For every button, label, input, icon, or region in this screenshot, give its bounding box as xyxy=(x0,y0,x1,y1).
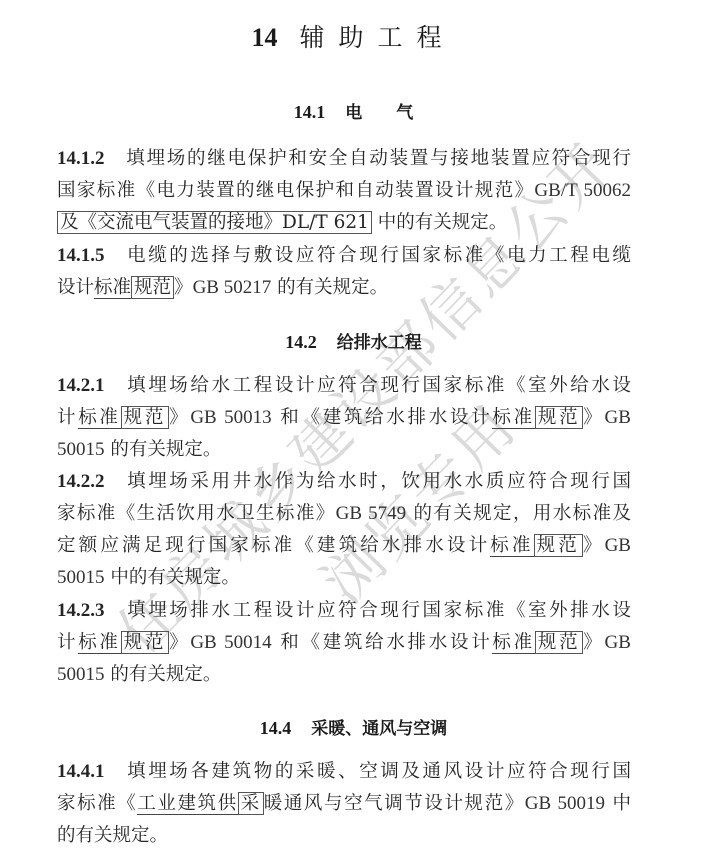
clause-number: 14.1.5 xyxy=(57,245,105,266)
deleted-text-underline: 标准 xyxy=(78,407,120,429)
standard-code: GB 50013 xyxy=(190,407,271,428)
clause-14-4-1-line-2: 家标准《工业建筑供采暖通风与空气调节设计规范》GB 50019 中 xyxy=(57,788,631,820)
clause-14-2-2-line-3: 定额应满足现行国家标准《建筑给水排水设计标准规范》GB xyxy=(57,530,631,562)
revision-box: 规范 xyxy=(121,631,169,654)
clause-text: 定额应满足现行国家标准《建筑给水排水设计 xyxy=(57,535,490,556)
clause-text: 填埋场排水工程设计应符合现行国家标准《室外排水设 xyxy=(125,600,632,621)
clause-14-1-2-line-2: 国家标准《电力装置的继电保护和自动装置设计规范》GB/T 50062 xyxy=(57,175,631,207)
clause-14-2-3-line-3: 50015 的有关规定。 xyxy=(57,659,631,691)
clause-text: 计 xyxy=(57,632,78,653)
clause-text: 的有关规定。 xyxy=(271,277,388,298)
section-heading-14-2: 14.2给排水工程 xyxy=(0,328,707,353)
clause-text: 的有关规定。 xyxy=(105,439,222,460)
standard-code: GB xyxy=(605,407,631,428)
clause-text: 设计 xyxy=(57,277,94,298)
revision-box: 规范 xyxy=(534,534,583,557)
standard-code: GB 50019 xyxy=(525,793,605,814)
clause-14-2-3-line-2: 计标准规范》GB 50014 和《建筑给水排水设计标准规范》GB xyxy=(57,627,631,659)
clause-number: 14.1.2 xyxy=(57,148,105,169)
clause-text: 家标准《 xyxy=(57,793,137,814)
deleted-text-underline: 标准 xyxy=(492,407,534,429)
clause-14-2-1-line-1: 14.2.1填埋场给水工程设计应符合现行国家标准《室外给水设 xyxy=(57,370,631,402)
clause-text: 的有关规定。 xyxy=(57,825,168,846)
clause-14-4-1-line-3: 的有关规定。 xyxy=(57,820,631,852)
standard-code: 50015 xyxy=(57,567,105,588)
clause-text: 家标准《生活饮用水卫生标准》 xyxy=(57,503,336,524)
clause-text: 国家标准《电力装置的继电保护和自动装置设计规范》 xyxy=(57,180,534,201)
revision-box: 规范 xyxy=(121,406,169,429)
clause-14-1-5-line-2: 设计标准规范》GB 50217 的有关规定。 xyxy=(57,272,631,304)
clause-text: 》 xyxy=(169,407,190,428)
standard-code: 50015 xyxy=(57,439,105,460)
chapter-title: 14辅助工程 xyxy=(0,18,707,54)
deleted-text-underline: 工业建筑供 xyxy=(137,793,237,815)
section-title: 采暖、通风与空调 xyxy=(311,719,447,739)
clause-text: 》 xyxy=(583,632,604,653)
standard-code: GB 50217 xyxy=(193,277,272,298)
clause-text: 中 xyxy=(605,793,631,814)
clause-number: 14.4.1 xyxy=(57,761,105,782)
clause-14-2-1-line-3: 50015 的有关规定。 xyxy=(57,434,631,466)
revision-box: 规范 xyxy=(535,406,583,429)
revision-box: 规范 xyxy=(131,276,174,299)
clause-text: 中的有关规定。 xyxy=(378,212,508,233)
standard-code: GB 50014 xyxy=(190,632,271,653)
deleted-text-underline: 标准 xyxy=(490,535,533,557)
section-number: 14.2 xyxy=(285,332,317,352)
clause-14-2-1-line-2: 计标准规范》GB 50013 和《建筑给水排水设计标准规范》GB xyxy=(57,402,631,434)
chapter-name: 辅助工程 xyxy=(299,23,455,52)
clause-14-4-1-line-1: 14.4.1填埋场各建筑物的采暖、空调及通风设计应符合现行国 xyxy=(57,756,631,788)
revision-box: 及《交流电气装置的接地》DL/T 621 xyxy=(57,211,372,234)
clause-number: 14.2.3 xyxy=(57,600,105,621)
clause-number: 14.2.2 xyxy=(57,471,105,492)
clause-text: 填埋场给水工程设计应符合现行国家标准《室外给水设 xyxy=(125,375,632,396)
clause-text: 填埋场各建筑物的采暖、空调及通风设计应符合现行国 xyxy=(125,761,632,782)
clause-text: 》 xyxy=(583,535,605,556)
section-number: 14.1 xyxy=(294,102,326,122)
clause-text: 的有关规定，用水标准及 xyxy=(406,503,631,524)
clause-text: 中的有关规定。 xyxy=(105,567,240,588)
section-number: 14.4 xyxy=(260,718,292,738)
standard-code: GB 5749 xyxy=(336,503,407,524)
clause-text: 》 xyxy=(174,277,193,298)
clause-number: 14.2.1 xyxy=(57,375,105,396)
standard-code: GB/T 50062 xyxy=(534,180,631,201)
deleted-text-underline: 标准 xyxy=(492,632,534,654)
standard-code: 50015 xyxy=(57,664,105,685)
clause-text: 的有关规定。 xyxy=(105,664,222,685)
chapter-number: 14 xyxy=(251,23,277,52)
clause-text: 》 xyxy=(169,632,190,653)
standard-code: GB xyxy=(605,535,631,556)
standard-code: GB xyxy=(605,632,631,653)
section-heading-14-1: 14.1电 气 xyxy=(0,98,707,123)
clause-text: 填埋场采用井水作为给水时，饮用水水质应符合现行国 xyxy=(125,471,632,492)
clause-14-2-2-line-1: 14.2.2填埋场采用井水作为给水时，饮用水水质应符合现行国 xyxy=(57,466,631,498)
section-heading-14-4: 14.4采暖、通风与空调 xyxy=(0,714,707,739)
clause-14-1-2-line-1: 14.1.2填埋场的继电保护和安全自动装置与接地装置应符合现行 xyxy=(57,143,631,175)
clause-text: 电缆的选择与敷设应符合现行国家标准《电力工程电缆 xyxy=(125,245,632,266)
clause-text: 和《建筑给水排水设计 xyxy=(272,407,493,428)
clause-text: 计 xyxy=(57,407,78,428)
revision-box: 采 xyxy=(238,792,264,815)
clause-text: 》 xyxy=(583,407,604,428)
clause-14-2-3-line-1: 14.2.3填埋场排水工程设计应符合现行国家标准《室外排水设 xyxy=(57,595,631,627)
clause-14-1-2-line-3: 及《交流电气装置的接地》DL/T 621 中的有关规定。 xyxy=(57,207,631,239)
revision-box: 规范 xyxy=(535,631,583,654)
deleted-text-underline: 标准 xyxy=(78,632,120,654)
deleted-text-underline: 标准 xyxy=(94,277,131,299)
clause-text: 填埋场的继电保护和安全自动装置与接地装置应符合现行 xyxy=(125,148,632,169)
clause-14-1-5-line-1: 14.1.5电缆的选择与敷设应符合现行国家标准《电力工程电缆 xyxy=(57,240,631,272)
section-title: 给排水工程 xyxy=(337,333,422,353)
clause-14-2-2-line-2: 家标准《生活饮用水卫生标准》GB 5749 的有关规定，用水标准及 xyxy=(57,498,631,530)
clause-text: 和《建筑给水排水设计 xyxy=(272,632,493,653)
section-title: 电 气 xyxy=(345,103,413,123)
clause-text: 暖通风与空气调节设计规范》 xyxy=(264,793,525,814)
clause-14-2-2-line-4: 50015 中的有关规定。 xyxy=(57,562,631,594)
